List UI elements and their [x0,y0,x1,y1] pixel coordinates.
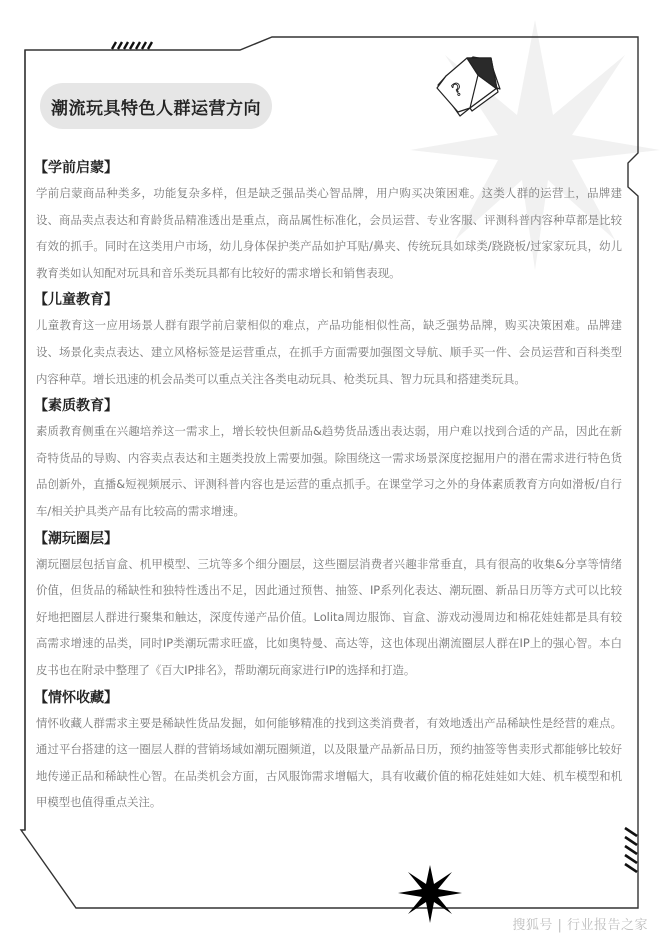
section-heading: 【儿童教育】 [34,288,622,312]
document-content: 【学前启蒙】 学前启蒙商品种类多，功能复杂多样，但是缺乏强品类心智品牌，用户购买… [36,156,622,818]
section-nostalgia-collection: 【情怀收藏】 情怀收藏人群需求主要是稀缺性货品发掘，如何能够精准的找到这类消费者… [36,686,622,816]
section-body: 情怀收藏人群需求主要是稀缺性货品发掘，如何能够精准的找到这类消费者，有效地透出产… [36,710,622,816]
starburst-icon [398,865,462,923]
page-title-text: 潮流玩具特色人群运营方向 [51,94,261,119]
section-heading: 【学前启蒙】 [34,156,622,180]
page-title: 潮流玩具特色人群运营方向 [40,83,272,129]
watermark: 搜狐号 | 行业报告之家 [512,914,648,933]
section-body: 素质教育侧重在兴趣培养这一需求上，增长较快但新品&趋势货品透出表达弱，用户难以找… [36,418,622,524]
section-body: 潮玩圈层包括盲盒、机甲模型、三坑等多个细分圈层，这些圈层消费者兴趣非常垂直，具有… [36,551,622,684]
hatch-stripes-icon [625,828,637,872]
section-children-education: 【儿童教育】 儿童教育这一应用场景人群有跟学前启蒙相似的难点，产品功能相似性高，… [36,288,622,392]
section-trendy-circle: 【潮玩圈层】 潮玩圈层包括盲盒、机甲模型、三坑等多个细分圈层，这些圈层消费者兴趣… [36,527,622,684]
section-heading: 【素质教育】 [34,394,622,418]
section-body: 学前启蒙商品种类多，功能复杂多样，但是缺乏强品类心智品牌，用户购买决策困难。这类… [36,180,622,286]
section-preschool: 【学前启蒙】 学前启蒙商品种类多，功能复杂多样，但是缺乏强品类心智品牌，用户购买… [36,156,622,286]
hatch-stripes-icon [112,42,152,49]
section-heading: 【潮玩圈层】 [34,527,622,551]
section-heading: 【情怀收藏】 [34,686,622,710]
section-body: 儿童教育这一应用场景人群有跟学前启蒙相似的难点，产品功能相似性高，缺乏强势品牌，… [36,312,622,392]
section-quality-education: 【素质教育】 素质教育侧重在兴趣培养这一需求上，增长较快但新品&趋势货品透出表达… [36,394,622,524]
